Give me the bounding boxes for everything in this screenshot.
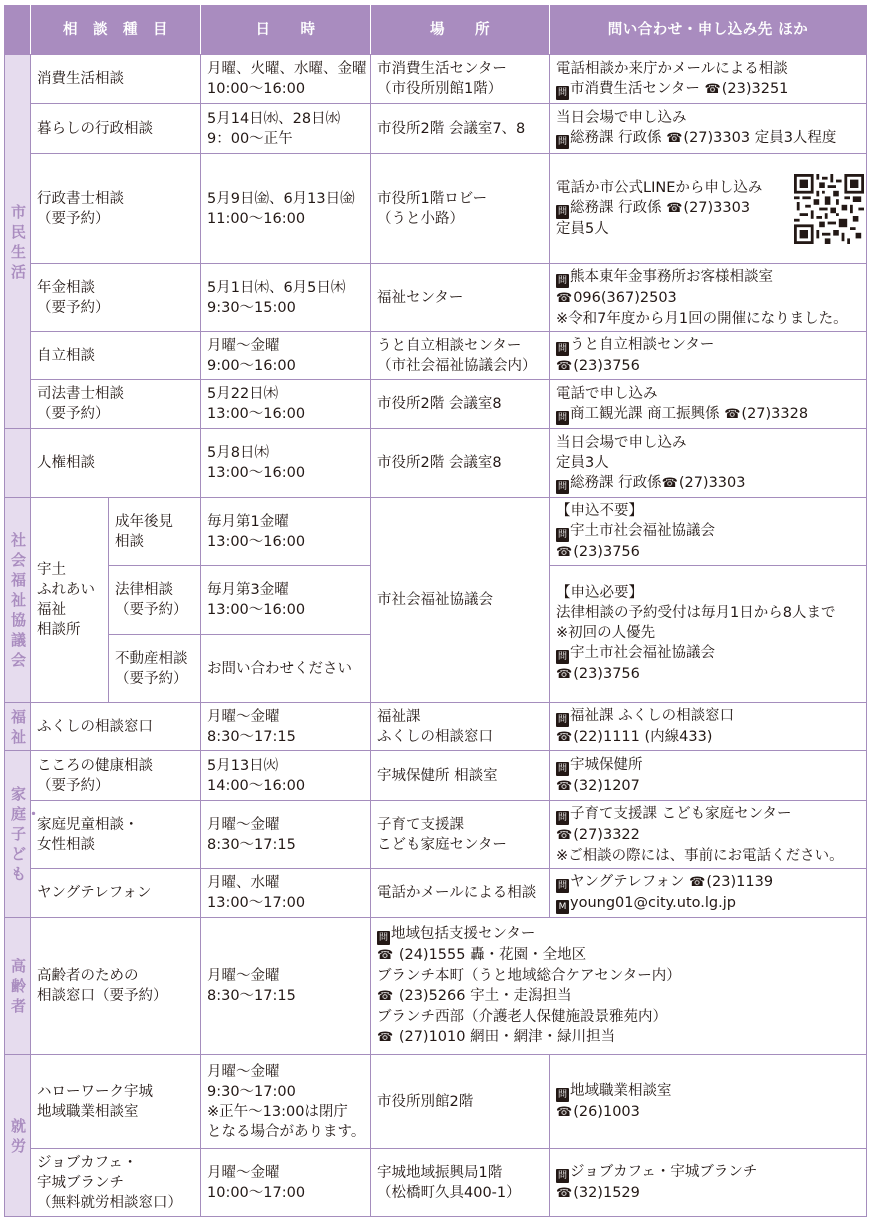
contact-cell: 【申込不要】 問宇土市社会福祉協議会 ☎(23)3756 [550, 498, 867, 566]
table-row: 家庭児童相談・女性相談 月曜〜金曜8:30〜17:15 子育て支援課こども家庭セ… [5, 801, 867, 869]
place-text: ふくしの相談窓口 [377, 727, 543, 747]
type-cell: ふくしの相談窓口 [31, 703, 201, 751]
datetime-text: 11:00〜16:00 [207, 209, 364, 229]
category-shuro: 就労 [5, 1055, 31, 1217]
place-text: （うと小路） [377, 209, 543, 229]
inquiry-icon: 問 [556, 86, 569, 100]
type-cell: こころの健康相談（要予約） [31, 751, 201, 801]
table-row: 自立相談 月曜〜金曜9:00〜16:00 うと自立相談センター（市社会福祉協議会… [5, 332, 867, 380]
table-row: 社会福祉協議会 宇土 ふれあい 福祉 相談所 成年後見相談 毎月第1金曜13:0… [5, 498, 867, 566]
category-katei-kodomo: 家庭・子ども [5, 751, 31, 918]
datetime-cell: 5月13日㈫14:00〜16:00 [201, 751, 371, 801]
datetime-cell: 月曜〜金曜8:30〜17:15 [201, 703, 371, 751]
type-text: 司法書士相談 [37, 384, 194, 404]
type-cell: 法律相談（要予約） [109, 566, 201, 635]
inquiry-icon: 問 [556, 1169, 569, 1183]
contact-cell: 電話か市公式LINEから申し込み 問総務課 行政係 ☎(27)3303 定員5人 [550, 154, 867, 264]
datetime-text: 5月1日㈭、6月5日㈭ [207, 278, 364, 298]
type-text: こころの健康相談 [37, 756, 194, 776]
place-text: 電話かメールによる相談 [377, 883, 543, 903]
inquiry-icon: 問 [556, 1088, 569, 1102]
header-place: 場 所 [371, 6, 550, 55]
category-shakai-fukushi-kyogikai: 社会福祉協議会 [5, 498, 31, 703]
table-row: ヤングテレフォン 月曜、水曜13:00〜17:00 電話かメールによる相談 問ヤ… [5, 869, 867, 918]
phone-icon: ☎ [556, 291, 572, 306]
note-text: ※初回の人優先 [556, 623, 860, 643]
type-cell: 行政書士相談（要予約） [31, 154, 201, 264]
place-text: 市役所1階ロビー [377, 189, 543, 209]
consultation-schedule-table: 相 談 種 目 日 時 場 所 問い合わせ・申し込み先 ほか 市民生活 消費生活… [4, 5, 867, 1217]
phone-icon: ☎ [556, 545, 572, 560]
category-label: 就労 [11, 1116, 27, 1156]
phone-number: (23)3756 [573, 544, 640, 560]
datetime-text: 14:00〜16:00 [207, 776, 364, 796]
datetime-text: 月曜〜金曜 [207, 336, 364, 356]
contact-org: 子育て支援課 こども家庭センター [570, 806, 792, 822]
datetime-text: 月曜、火曜、水曜、金曜 [207, 59, 364, 79]
phone-number: 096(367)2503 [573, 290, 677, 306]
contact-org: 地域包括支援センター [391, 926, 535, 942]
place-cell: 福祉センター [371, 264, 550, 332]
place-cell: 電話かメールによる相談 [371, 869, 550, 918]
table-row: 市民生活 消費生活相談 月曜、火曜、水曜、金曜10:00〜16:00 市消費生活… [5, 55, 867, 104]
datetime-text: お問い合わせください [207, 659, 364, 679]
reservation-note: （要予約） [37, 404, 194, 424]
datetime-text: 月曜〜金曜 [207, 815, 364, 835]
place-text: 福祉センター [377, 288, 543, 308]
contact-cell: 問うと自立相談センター ☎(23)3756 [550, 332, 867, 380]
table-row: 暮らしの行政相談 5月14日㈬、28日㈬9：00〜正午 市役所2階 会議室7、8… [5, 104, 867, 154]
datetime-text: 10:00〜17:00 [207, 1183, 364, 1203]
type-text: 家庭児童相談・ [37, 815, 194, 835]
datetime-text: 5月14日㈬、28日㈬ [207, 109, 364, 129]
capacity-text: 定員3人 [556, 453, 860, 473]
place-text: 宇城保健所 相談室 [377, 766, 543, 786]
phone-number: (23)3756 [573, 358, 640, 374]
reservation-note: （要予約） [37, 776, 194, 796]
contact-org: 熊本東年金事務所お客様相談室 [570, 269, 773, 285]
type-cell: ヤングテレフォン [31, 869, 201, 918]
table-row: 就労 ハローワーク宇城地域職業相談室 月曜〜金曜 9:30〜17:00 ※正午〜… [5, 1055, 867, 1149]
phone-number: (27)3303 [683, 200, 750, 216]
inquiry-icon: 問 [556, 274, 569, 288]
place-cell: 市消費生活センター（市役所別館1階） [371, 55, 550, 104]
place-text: （松橋町久具400-1） [377, 1183, 543, 1203]
phone-icon: ☎ [377, 1030, 393, 1045]
datetime-cell: 月曜〜金曜9:00〜16:00 [201, 332, 371, 380]
type-text: ふくしの相談窓口 [37, 717, 194, 737]
phone-icon: ☎ [662, 476, 678, 491]
datetime-text: 5月22日㈭ [207, 384, 364, 404]
datetime-text: 13:00〜16:00 [207, 600, 364, 620]
place-text: 市役所別館2階 [377, 1092, 543, 1112]
contact-org: 総務課 行政係 [570, 130, 662, 146]
type-cell: ハローワーク宇城地域職業相談室 [31, 1055, 201, 1149]
type-text: 暮らしの行政相談 [37, 119, 194, 139]
inquiry-icon: 問 [556, 528, 569, 542]
datetime-text: 8:30〜17:15 [207, 986, 364, 1006]
datetime-text: 月曜、水曜 [207, 873, 364, 893]
email-link[interactable]: young01@city.uto.lg.jp [570, 895, 736, 911]
place-cell: 市役所2階 会議室8 [371, 429, 550, 498]
type-cell: 成年後見相談 [109, 498, 201, 566]
datetime-cell: 月曜〜金曜8:30〜17:15 [201, 918, 371, 1055]
place-cell: 市役所2階 会議室8 [371, 380, 550, 429]
phone-icon: ☎ [724, 407, 740, 422]
type-text: 人権相談 [37, 453, 194, 473]
place-text: 市役所2階 会議室8 [377, 394, 543, 414]
datetime-text: 13:00〜16:00 [207, 532, 364, 552]
inquiry-icon: 問 [377, 931, 390, 945]
contact-cell: 問ジョブカフェ・宇城ブランチ ☎(32)1529 [550, 1149, 867, 1217]
datetime-text: 10:00〜16:00 [207, 79, 364, 99]
place-cell: 福祉課ふくしの相談窓口 [371, 703, 550, 751]
datetime-cell: 月曜、水曜13:00〜17:00 [201, 869, 371, 918]
type-text: 宇城ブランチ [37, 1173, 194, 1193]
header-consultation-type: 相 談 種 目 [31, 6, 201, 55]
group-text: 福祉 [37, 600, 102, 620]
inquiry-icon: 問 [556, 762, 569, 776]
datetime-text: 9:00〜16:00 [207, 356, 364, 376]
contact-org: 市消費生活センター [570, 81, 700, 97]
datetime-text: 5月9日㈮、6月13日㈮ [207, 189, 364, 209]
datetime-cell: 5月9日㈮、6月13日㈮11:00〜16:00 [201, 154, 371, 264]
type-text: 成年後見 [115, 512, 194, 532]
contact-cell: 問熊本東年金事務所お客様相談室 ☎096(367)2503 ※令和7年度から月1… [550, 264, 867, 332]
contact-cell: 【申込必要】 法律相談の予約受付は毎月1日から8人まで ※初回の人優先 問宇土市… [550, 566, 867, 703]
place-text: 福祉課 [377, 707, 543, 727]
contact-cell: 電話で申し込み 問商工観光課 商工振興係 ☎(27)3328 [550, 380, 867, 429]
phone-number: (23)3251 [722, 81, 789, 97]
type-text: 相談 [115, 532, 194, 552]
type-text: 法律相談 [115, 580, 194, 600]
datetime-cell: 5月8日㈭13:00〜16:00 [201, 429, 371, 498]
contact-text: 電話相談か来庁かメールによる相談 [556, 59, 860, 79]
datetime-cell: 5月14日㈬、28日㈬9：00〜正午 [201, 104, 371, 154]
branch-name: ブランチ本町（うと地域総合ケアセンター内） [377, 966, 860, 986]
type-text: 相談窓口（要予約） [37, 986, 194, 1006]
phone-number: (22)1111 (内線433) [573, 729, 712, 745]
contact-org: 宇土市社会福祉協議会 [570, 523, 715, 539]
table-row: 司法書士相談（要予約） 5月22日㈭13:00〜16:00 市役所2階 会議室8… [5, 380, 867, 429]
phone-icon: ☎ [556, 828, 572, 843]
line-qr-code-icon[interactable] [794, 174, 864, 244]
inquiry-icon: 問 [556, 411, 569, 425]
type-cell: 人権相談 [31, 429, 201, 498]
group-text: 宇土 [37, 560, 102, 580]
place-text: うと自立相談センター [377, 336, 543, 356]
datetime-text: 13:00〜16:00 [207, 463, 364, 483]
place-text: （市社会福祉協議会内） [377, 356, 543, 376]
place-contact-cell: 問地域包括支援センター ☎ (24)1555 轟・花園・全地区 ブランチ本町（う… [371, 918, 867, 1055]
datetime-cell: 毎月第3金曜13:00〜16:00 [201, 566, 371, 635]
datetime-cell: 月曜〜金曜10:00〜17:00 [201, 1149, 371, 1217]
contact-org: ジョブカフェ・宇城ブランチ [570, 1164, 757, 1180]
datetime-cell: 月曜、火曜、水曜、金曜10:00〜16:00 [201, 55, 371, 104]
contact-org: 宇城保健所 [570, 757, 643, 773]
mail-icon: M [556, 900, 569, 914]
type-cell: 高齢者のための相談窓口（要予約） [31, 918, 201, 1055]
datetime-text: 月曜〜金曜 [207, 707, 364, 727]
place-text: （市役所別館1階） [377, 79, 543, 99]
type-text: 自立相談 [37, 346, 194, 366]
contact-org: 宇土市社会福祉協議会 [570, 645, 715, 661]
phone-number: (26)1003 [573, 1104, 640, 1120]
table-row: 福祉 ふくしの相談窓口 月曜〜金曜8:30〜17:15 福祉課ふくしの相談窓口 … [5, 703, 867, 751]
inquiry-icon: 問 [556, 342, 569, 356]
datetime-text: 5月13日㈫ [207, 756, 364, 776]
application-note: 【申込必要】 [556, 583, 860, 603]
category-label: 家庭・子ども [11, 784, 27, 884]
note-text: ※正午〜13:00は閉庁 [207, 1102, 364, 1122]
table-row: ジョブカフェ・宇城ブランチ（無料就労相談窓口） 月曜〜金曜10:00〜17:00… [5, 1149, 867, 1217]
type-text: ヤングテレフォン [37, 883, 194, 903]
phone-number: (27)3322 [573, 827, 640, 843]
header-datetime: 日 時 [201, 6, 371, 55]
phone-icon: ☎ [705, 82, 721, 97]
inquiry-icon: 問 [556, 205, 569, 219]
type-text: 女性相談 [37, 835, 194, 855]
phone-icon: ☎ [377, 948, 393, 963]
phone-number: (23)3756 [573, 666, 640, 682]
branch-name: ブランチ西部（介護老人保健施設景雅苑内） [377, 1007, 860, 1027]
type-cell: 司法書士相談（要予約） [31, 380, 201, 429]
contact-org: 総務課 行政係 [570, 200, 662, 216]
place-text: 市役所2階 会議室8 [377, 453, 543, 473]
contact-org: 商工観光課 商工振興係 [570, 406, 720, 422]
category-label: 高齢者 [11, 956, 27, 1016]
datetime-text: 月曜〜金曜 [207, 1062, 364, 1082]
contact-cell: 当日会場で申し込み 問総務課 行政係 ☎(27)3303 定員3人程度 [550, 104, 867, 154]
place-cell: うと自立相談センター（市社会福祉協議会内） [371, 332, 550, 380]
header-category-cell [5, 6, 31, 55]
contact-org: 福祉課 ふくしの相談窓口 [570, 708, 734, 724]
phone-icon: ☎ [556, 359, 572, 374]
note-text: ※令和7年度から月1回の開催になりました。 [556, 309, 860, 329]
phone-icon: ☎ [556, 730, 572, 745]
inquiry-icon: 問 [556, 135, 569, 149]
category-fukushi: 福祉 [5, 703, 31, 751]
datetime-text: 月曜〜金曜 [207, 966, 364, 986]
datetime-text: 毎月第3金曜 [207, 580, 364, 600]
contact-cell: 問福祉課 ふくしの相談窓口 ☎(22)1111 (内線433) [550, 703, 867, 751]
contact-cell: 問子育て支援課 こども家庭センター ☎(27)3322 ※ご相談の際には、事前に… [550, 801, 867, 869]
datetime-text: 8:30〜17:15 [207, 835, 364, 855]
type-text: 高齢者のための [37, 966, 194, 986]
reservation-note: （要予約） [37, 298, 194, 318]
place-cell: 市社会福祉協議会 [371, 498, 550, 703]
phone-icon: ☎ [556, 1105, 572, 1120]
place-text: 市消費生活センター [377, 59, 543, 79]
reservation-note: （要予約） [37, 209, 194, 229]
type-cell: 暮らしの行政相談 [31, 104, 201, 154]
note-text: となる場合があります。 [207, 1122, 364, 1142]
place-text: 市社会福祉協議会 [377, 590, 543, 610]
type-cell: 消費生活相談 [31, 55, 201, 104]
datetime-text: 月曜〜金曜 [207, 1163, 364, 1183]
type-text: 地域職業相談室 [37, 1102, 194, 1122]
datetime-text: 9:30〜17:00 [207, 1082, 364, 1102]
datetime-text: 9:30〜15:00 [207, 298, 364, 318]
datetime-cell: 5月22日㈭13:00〜16:00 [201, 380, 371, 429]
group-name-cell: 宇土 ふれあい 福祉 相談所 [31, 498, 109, 703]
datetime-text: 5月8日㈭ [207, 443, 364, 463]
table-row: 年金相談（要予約） 5月1日㈭、6月5日㈭9:30〜15:00 福祉センター 問… [5, 264, 867, 332]
phone-number: (24)1555 轟・花園・全地区 [399, 947, 586, 963]
place-cell: 宇城保健所 相談室 [371, 751, 550, 801]
table-row: 行政書士相談（要予約） 5月9日㈮、6月13日㈮11:00〜16:00 市役所1… [5, 154, 867, 264]
application-note: 【申込不要】 [556, 501, 860, 521]
note-text: 法律相談の予約受付は毎月1日から8人まで [556, 603, 860, 623]
table-row: 高齢者 高齢者のための相談窓口（要予約） 月曜〜金曜8:30〜17:15 問地域… [5, 918, 867, 1055]
phone-icon: ☎ [377, 989, 393, 1004]
type-text: 年金相談 [37, 278, 194, 298]
contact-org: 総務課 行政係 [570, 475, 662, 491]
inquiry-icon: 問 [556, 879, 569, 893]
type-cell: 年金相談（要予約） [31, 264, 201, 332]
phone-number: (32)1207 [573, 778, 640, 794]
place-text: こども家庭センター [377, 835, 543, 855]
type-cell: ジョブカフェ・宇城ブランチ（無料就労相談窓口） [31, 1149, 201, 1217]
group-text: ふれあい [37, 580, 102, 600]
datetime-text: 毎月第1金曜 [207, 512, 364, 532]
phone-icon: ☎ [666, 201, 682, 216]
category-blank [5, 429, 31, 498]
inquiry-icon: 問 [556, 811, 569, 825]
type-text: ジョブカフェ・ [37, 1153, 194, 1173]
datetime-text: 9：00〜正午 [207, 129, 364, 149]
type-cell: 家庭児童相談・女性相談 [31, 801, 201, 869]
category-shimin-seikatsu: 市民生活 [5, 55, 31, 429]
place-cell: 市役所2階 会議室7、8 [371, 104, 550, 154]
contact-cell: 当日会場で申し込み 定員3人 問総務課 行政係☎(27)3303 [550, 429, 867, 498]
phone-number: (23)1139 [706, 874, 773, 890]
table-row: 家庭・子ども こころの健康相談（要予約） 5月13日㈫14:00〜16:00 宇… [5, 751, 867, 801]
category-label: 市民生活 [11, 202, 27, 282]
contact-text: 電話で申し込み [556, 384, 860, 404]
header-contact: 問い合わせ・申し込み先 ほか [550, 6, 867, 55]
place-text: 宇城地域振興局1階 [377, 1163, 543, 1183]
inquiry-icon: 問 [556, 650, 569, 664]
contact-cell: 問地域職業相談室 ☎(26)1003 [550, 1055, 867, 1149]
type-text: 不動産相談 [115, 649, 194, 669]
phone-number: (23)5266 宇土・走潟担当 [399, 988, 572, 1004]
reservation-note: （要予約） [115, 600, 194, 620]
phone-number: (27)1010 網田・網津・緑川担当 [399, 1029, 615, 1045]
datetime-cell: お問い合わせください [201, 635, 371, 703]
contact-org: うと自立相談センター [570, 337, 714, 353]
datetime-text: 13:00〜16:00 [207, 404, 364, 424]
type-text: 行政書士相談 [37, 189, 194, 209]
phone-number: (27)3303 [683, 130, 750, 146]
category-koreisha: 高齢者 [5, 918, 31, 1055]
category-label: 福祉 [11, 707, 27, 747]
contact-text: 当日会場で申し込み [556, 108, 860, 128]
phone-number: (32)1529 [573, 1185, 640, 1201]
place-cell: 市役所1階ロビー（うと小路） [371, 154, 550, 264]
type-text: 消費生活相談 [37, 69, 194, 89]
capacity-text: 定員3人程度 [755, 130, 837, 146]
type-cell: 不動産相談（要予約） [109, 635, 201, 703]
contact-cell: 問ヤングテレフォン ☎(23)1139 Myoung01@city.uto.lg… [550, 869, 867, 918]
datetime-text: 13:00〜17:00 [207, 893, 364, 913]
place-text: 市役所2階 会議室7、8 [377, 119, 543, 139]
phone-number: (27)3328 [741, 406, 808, 422]
type-cell: 自立相談 [31, 332, 201, 380]
contact-org: ヤングテレフォン [570, 874, 685, 890]
place-cell: 子育て支援課こども家庭センター [371, 801, 550, 869]
type-text: ハローワーク宇城 [37, 1082, 194, 1102]
phone-icon: ☎ [666, 131, 682, 146]
datetime-cell: 月曜〜金曜8:30〜17:15 [201, 801, 371, 869]
reservation-note: （要予約） [115, 669, 194, 689]
datetime-cell: 5月1日㈭、6月5日㈭9:30〜15:00 [201, 264, 371, 332]
phone-icon: ☎ [556, 667, 572, 682]
type-text: （無料就労相談窓口） [37, 1193, 194, 1213]
contact-text: 当日会場で申し込み [556, 433, 860, 453]
contact-org: 地域職業相談室 [570, 1083, 672, 1099]
contact-cell: 問宇城保健所 ☎(32)1207 [550, 751, 867, 801]
datetime-cell: 月曜〜金曜 9:30〜17:00 ※正午〜13:00は閉庁 となる場合があります… [201, 1055, 371, 1149]
phone-icon: ☎ [689, 875, 705, 890]
table-row: 人権相談 5月8日㈭13:00〜16:00 市役所2階 会議室8 当日会場で申し… [5, 429, 867, 498]
note-text: ※ご相談の際には、事前にお電話ください。 [556, 846, 860, 866]
inquiry-icon: 問 [556, 480, 569, 494]
datetime-text: 8:30〜17:15 [207, 727, 364, 747]
phone-icon: ☎ [556, 1186, 572, 1201]
datetime-cell: 毎月第1金曜13:00〜16:00 [201, 498, 371, 566]
place-cell: 市役所別館2階 [371, 1055, 550, 1149]
category-label: 社会福祉協議会 [11, 530, 27, 670]
place-cell: 宇城地域振興局1階（松橋町久具400-1） [371, 1149, 550, 1217]
phone-number: (27)3303 [679, 475, 746, 491]
group-text: 相談所 [37, 620, 102, 640]
phone-icon: ☎ [556, 779, 572, 794]
contact-cell: 電話相談か来庁かメールによる相談 問市消費生活センター ☎(23)3251 [550, 55, 867, 104]
inquiry-icon: 問 [556, 713, 569, 727]
table-header-row: 相 談 種 目 日 時 場 所 問い合わせ・申し込み先 ほか [5, 6, 867, 55]
place-text: 子育て支援課 [377, 815, 543, 835]
